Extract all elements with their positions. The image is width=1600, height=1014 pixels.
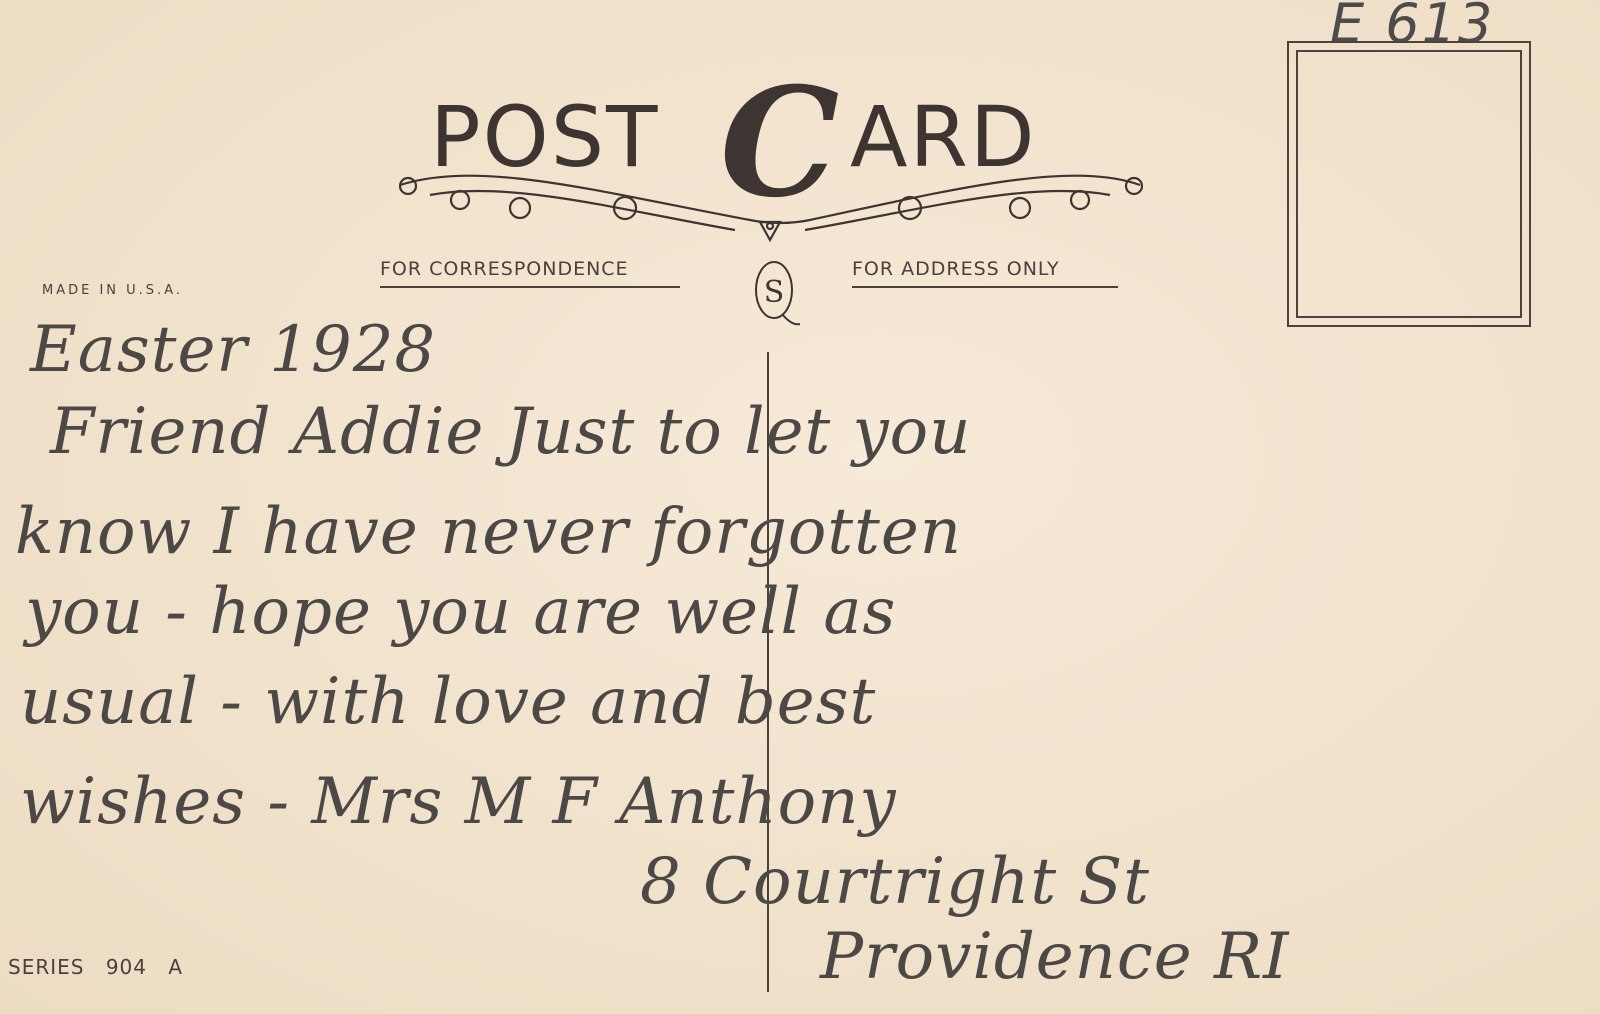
flourish-ornament-icon	[390, 150, 1150, 250]
message-line: you - hope you are well as	[25, 580, 896, 644]
publisher-monogram-icon: S	[752, 258, 802, 330]
made-in-usa: MADE IN U.S.A.	[42, 283, 183, 298]
stamp-box-inner	[1296, 50, 1522, 318]
message-line: usual - with love and best	[20, 670, 876, 734]
message-line: wishes - Mrs M F Anthony	[20, 770, 897, 834]
label-for-correspondence: FOR CORRESPONDENCE	[380, 258, 680, 288]
message-line: Friend Addie Just to let you	[50, 400, 971, 464]
series-number: SERIES 904 A	[8, 955, 183, 979]
postcard-back: E 613 POST C ARD FOR CORRESPONDENCE S FO…	[0, 0, 1600, 1014]
message-line: 8 Courtright St	[640, 850, 1150, 914]
svg-text:S: S	[764, 275, 785, 310]
message-line: Easter 1928	[30, 318, 436, 382]
label-for-address-only: FOR ADDRESS ONLY	[852, 258, 1118, 288]
message-line: know I have never forgotten	[15, 500, 962, 564]
message-line: Providence RI	[820, 925, 1289, 989]
